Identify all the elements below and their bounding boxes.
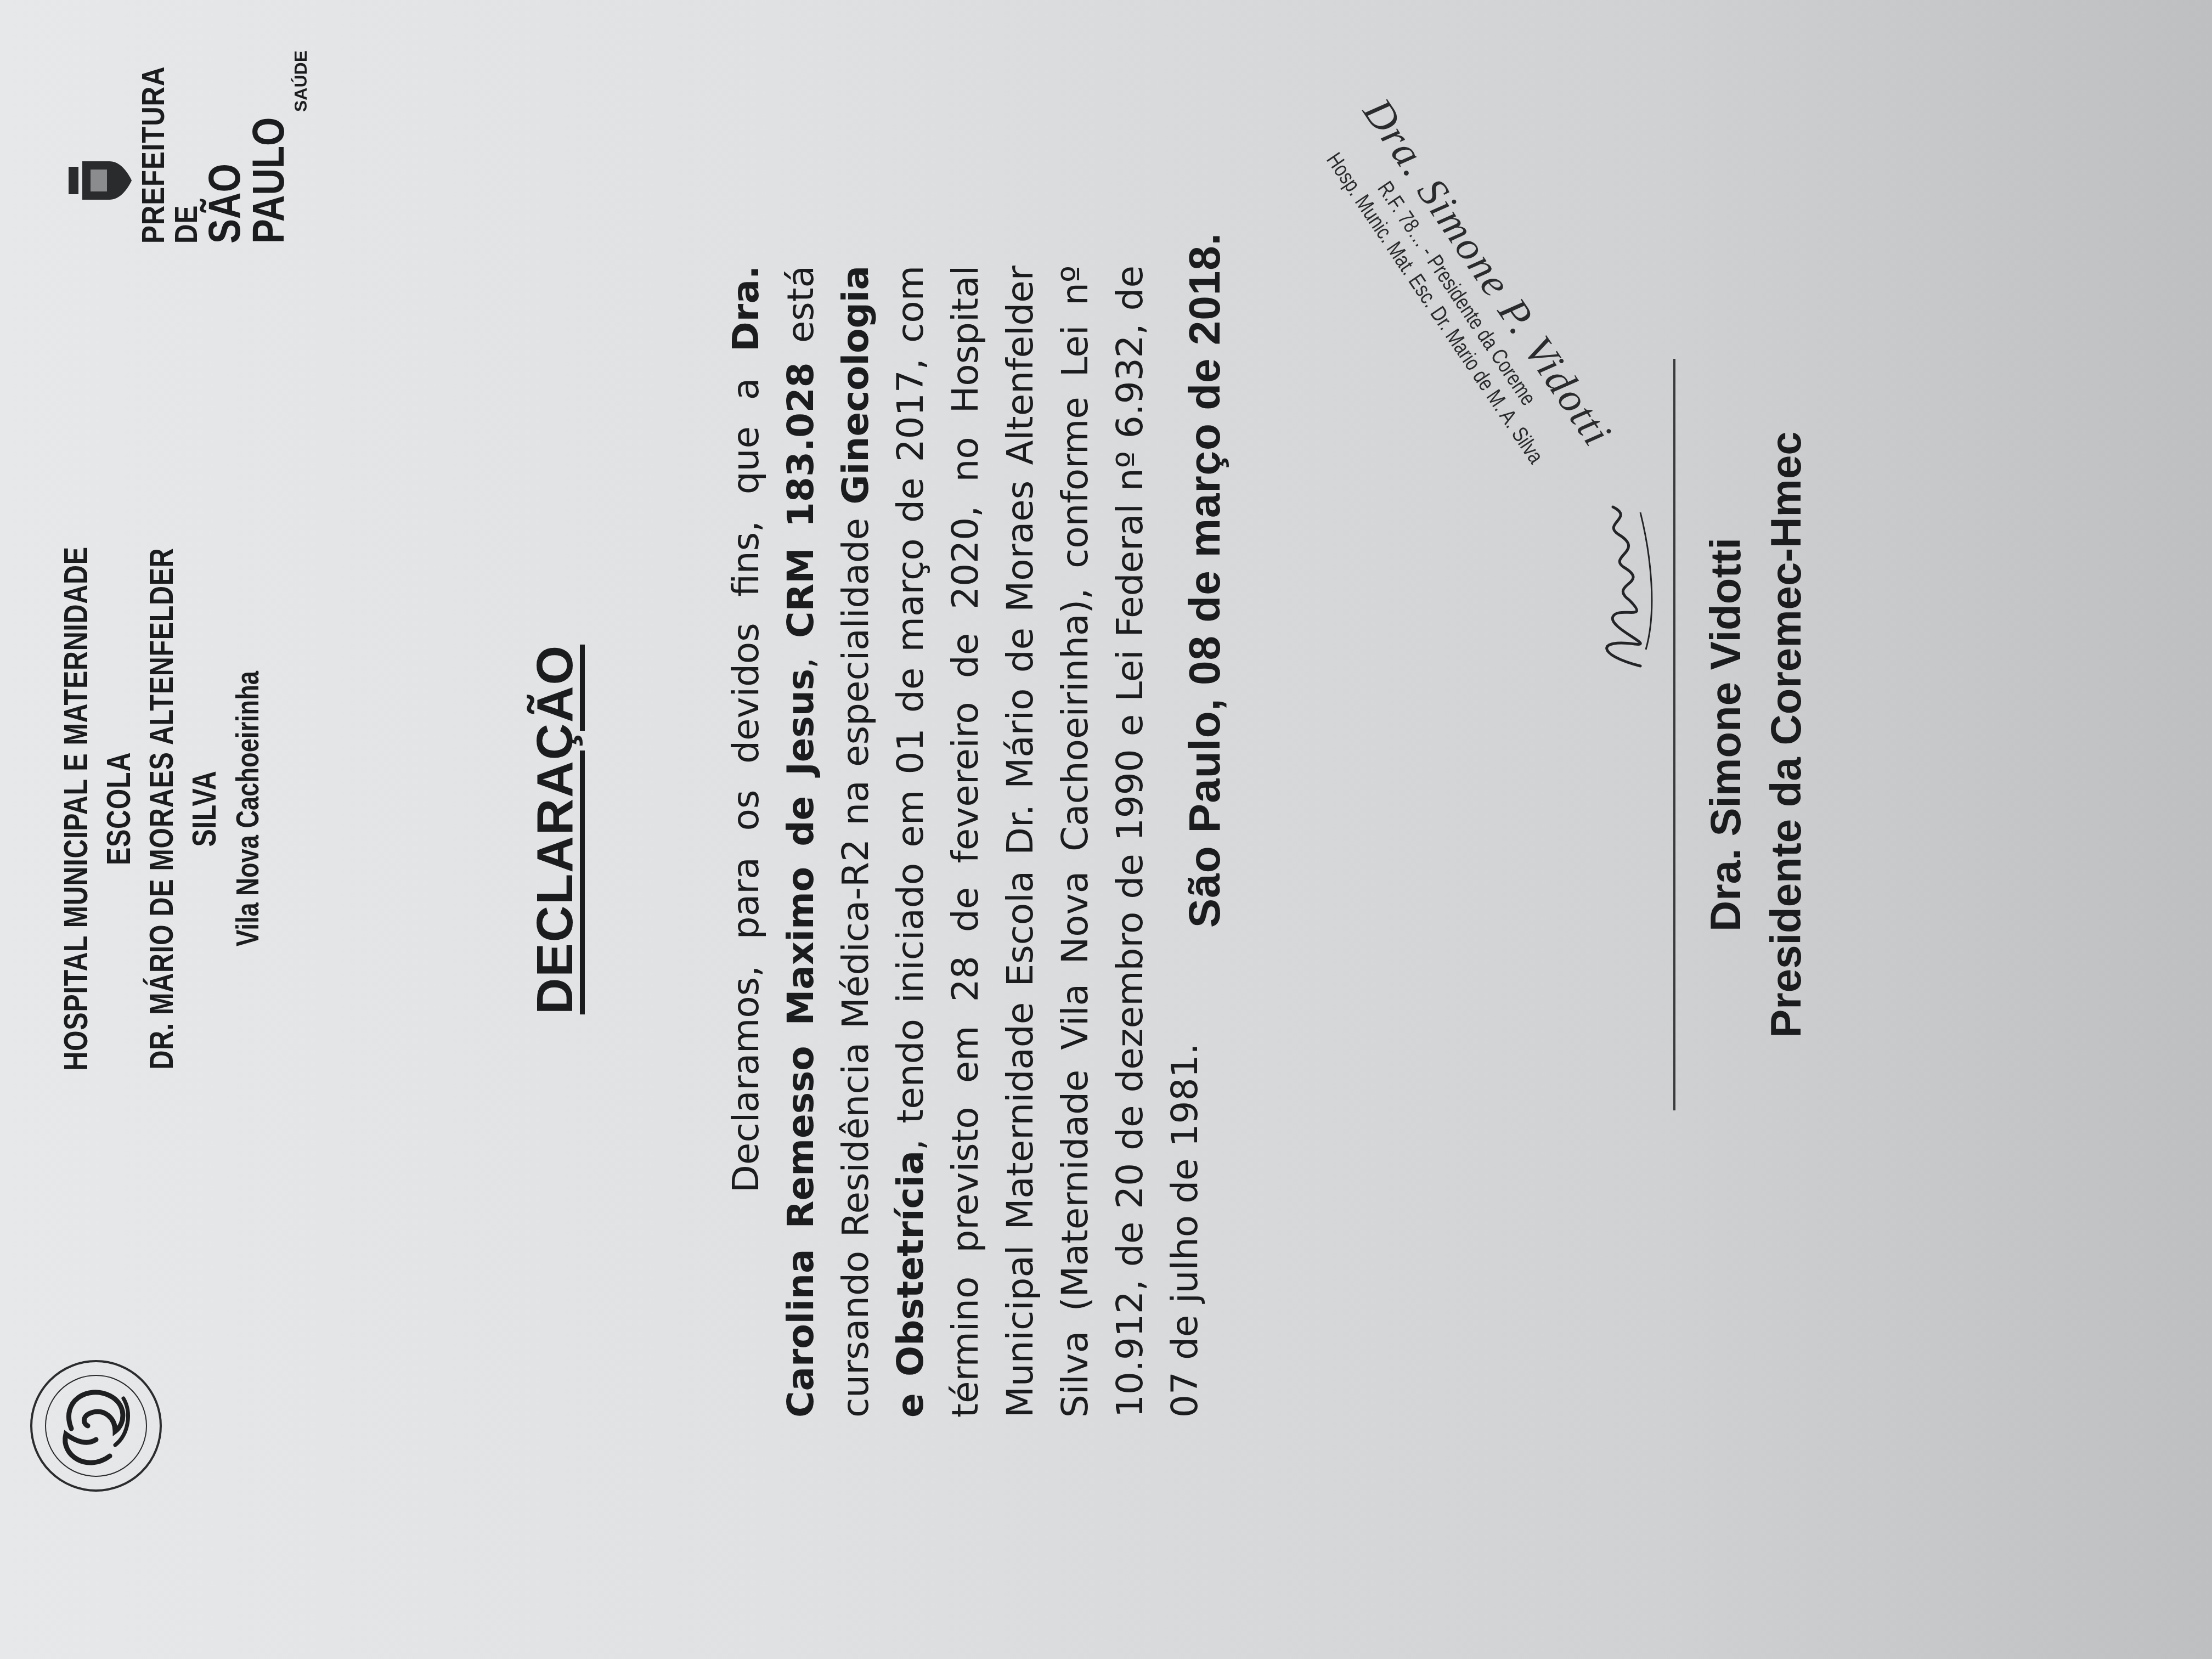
institution-header: HOSPITAL MUNICIPAL E MATERNIDADE ESCOLA …	[55, 531, 270, 1087]
stamp-institution: Hosp. Munic. Mat. Esc. Dr. Mario de M. A…	[1277, 82, 1593, 534]
prefeitura-label: PREFEITURA DE	[137, 38, 203, 244]
institution-location: Vila Nova Cachoeirinha	[226, 531, 270, 1087]
signer-name: Dra. Simone Vidotti	[1695, 359, 1756, 1110]
official-stamp: Dra. Simone P. Vidotti R.F. 78… - Presid…	[1240, 0, 1691, 589]
sao-paulo-coat-of-arms-icon	[66, 156, 137, 205]
signer-block: Dra. Simone Vidotti Presidente da Coreme…	[1695, 359, 1816, 1110]
body-text: Declaramos, para os devidos fins, que a	[725, 352, 767, 1193]
stamp-role: R.F. 78… - Presidente da Coreme	[1299, 68, 1615, 520]
document-title: DECLARAÇÃO	[527, 0, 584, 1659]
city-name: SÃO PAULO	[203, 46, 291, 244]
stamp-name: Dra. Simone P. Vidotti	[1284, 0, 1691, 559]
institution-name-line1: HOSPITAL MUNICIPAL E MATERNIDADE ESCOLA	[55, 531, 140, 1087]
body-text: ,	[780, 638, 822, 669]
declaration-document: HOSPITAL MUNICIPAL E MATERNIDADE ESCOLA …	[0, 0, 2212, 1659]
maternity-seal-icon	[27, 1357, 165, 1494]
institution-name-line2: DR. MÁRIO DE MORAES ALTENFELDER SILVA	[140, 531, 226, 1087]
document-date: São Paulo, 08 de março de 2018.	[1180, 233, 1230, 946]
signature-line	[1673, 359, 1675, 1110]
department-label: SAÚDE	[291, 2, 311, 112]
declaration-body: Declaramos, para os devidos fins, que a …	[719, 266, 1212, 1418]
body-text: , tendo iniciado em 01 de março de 2017,…	[889, 266, 1206, 1418]
crm-number: CRM 183.028	[780, 362, 822, 638]
signer-role: Presidente da Coremec-Hmec	[1756, 359, 1816, 1110]
